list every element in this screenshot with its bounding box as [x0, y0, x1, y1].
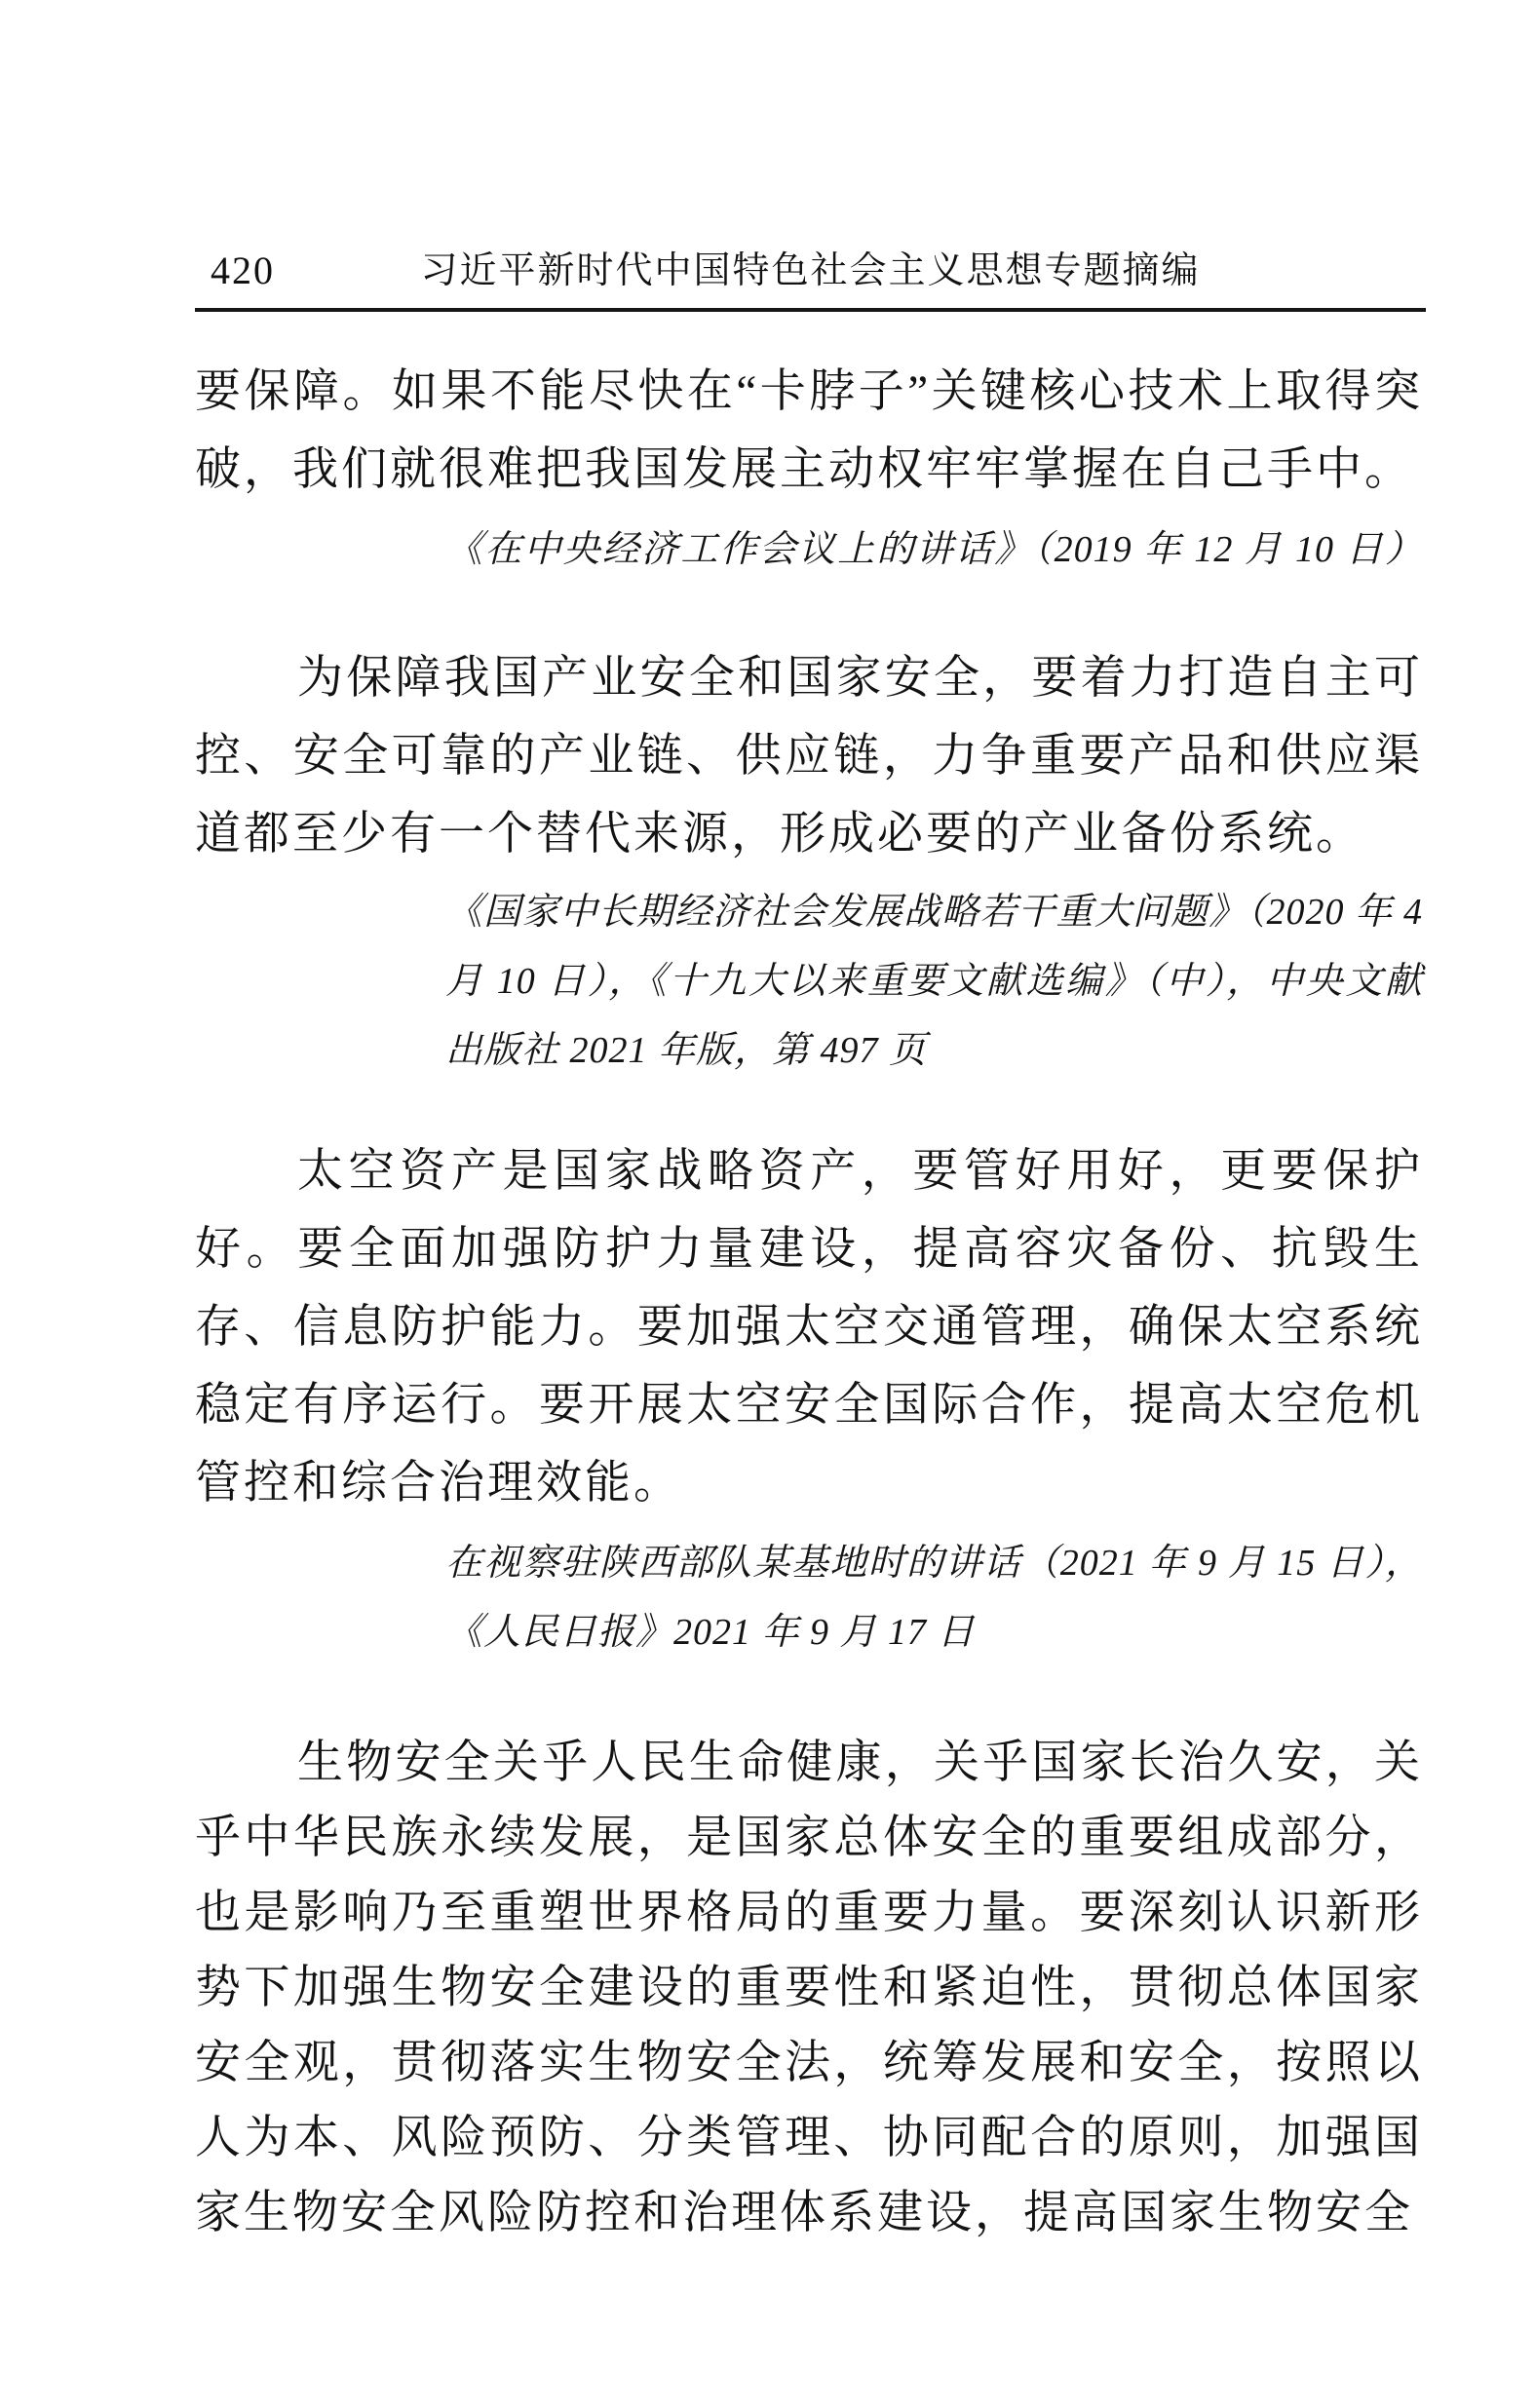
paragraph: 为保障我国产业安全和国家安全，要着力打造自主可控、安全可靠的产业链、供应链，力争… [195, 639, 1423, 873]
text-column: 要保障。如果不能尽快在“卡脖子”关键核心技术上取得突破，我们就很难把我国发展主动… [195, 353, 1423, 2251]
book-page: 420 习近平新时代中国特色社会主义思想专题摘编 要保障。如果不能尽快在“卡脖子… [0, 0, 1535, 2408]
citation-source: 《在中央经济工作会议上的讲话》（2019 年 12 月 10 日） [445, 516, 1423, 585]
citation-line: 《在中央经济工作会议上的讲话》（2019 年 12 月 10 日） [445, 516, 1423, 585]
paragraph-continuation: 要保障。如果不能尽快在“卡脖子”关键核心技术上取得突破，我们就很难把我国发展主动… [195, 353, 1423, 509]
citation-line: 月 10 日），《十九大以来重要文献选编》（中），中央文献 [445, 947, 1423, 1016]
paragraph: 太空资产是国家战略资产，要管好用好，更要保护好。要全面加强防护力量建设，提高容灾… [195, 1132, 1423, 1522]
citation-line: 《国家中长期经济社会发展战略若干重大问题》（2020 年 4 [445, 878, 1423, 947]
citation-line: 《人民日报》2021 年 9 月 17 日 [445, 1598, 1423, 1667]
citation-line: 出版社 2021 年版，第 497 页 [445, 1016, 1423, 1086]
citation-line: 在视察驻陕西部队某基地时的讲话（2021 年 9 月 15 日）， [445, 1529, 1423, 1598]
paragraph: 生物安全关乎人民生命健康，关乎国家长治久安，关乎中华民族永续发展，是国家总体安全… [195, 1726, 1423, 2251]
running-header: 420 习近平新时代中国特色社会主义思想专题摘编 [195, 249, 1426, 312]
page-number: 420 [211, 249, 275, 292]
running-head-title: 习近平新时代中国特色社会主义思想专题摘编 [195, 249, 1426, 292]
citation-source: 《国家中长期经济社会发展战略若干重大问题》（2020 年 4 月 10 日），《… [445, 878, 1423, 1086]
citation-source: 在视察驻陕西部队某基地时的讲话（2021 年 9 月 15 日）， 《人民日报》… [445, 1529, 1423, 1667]
